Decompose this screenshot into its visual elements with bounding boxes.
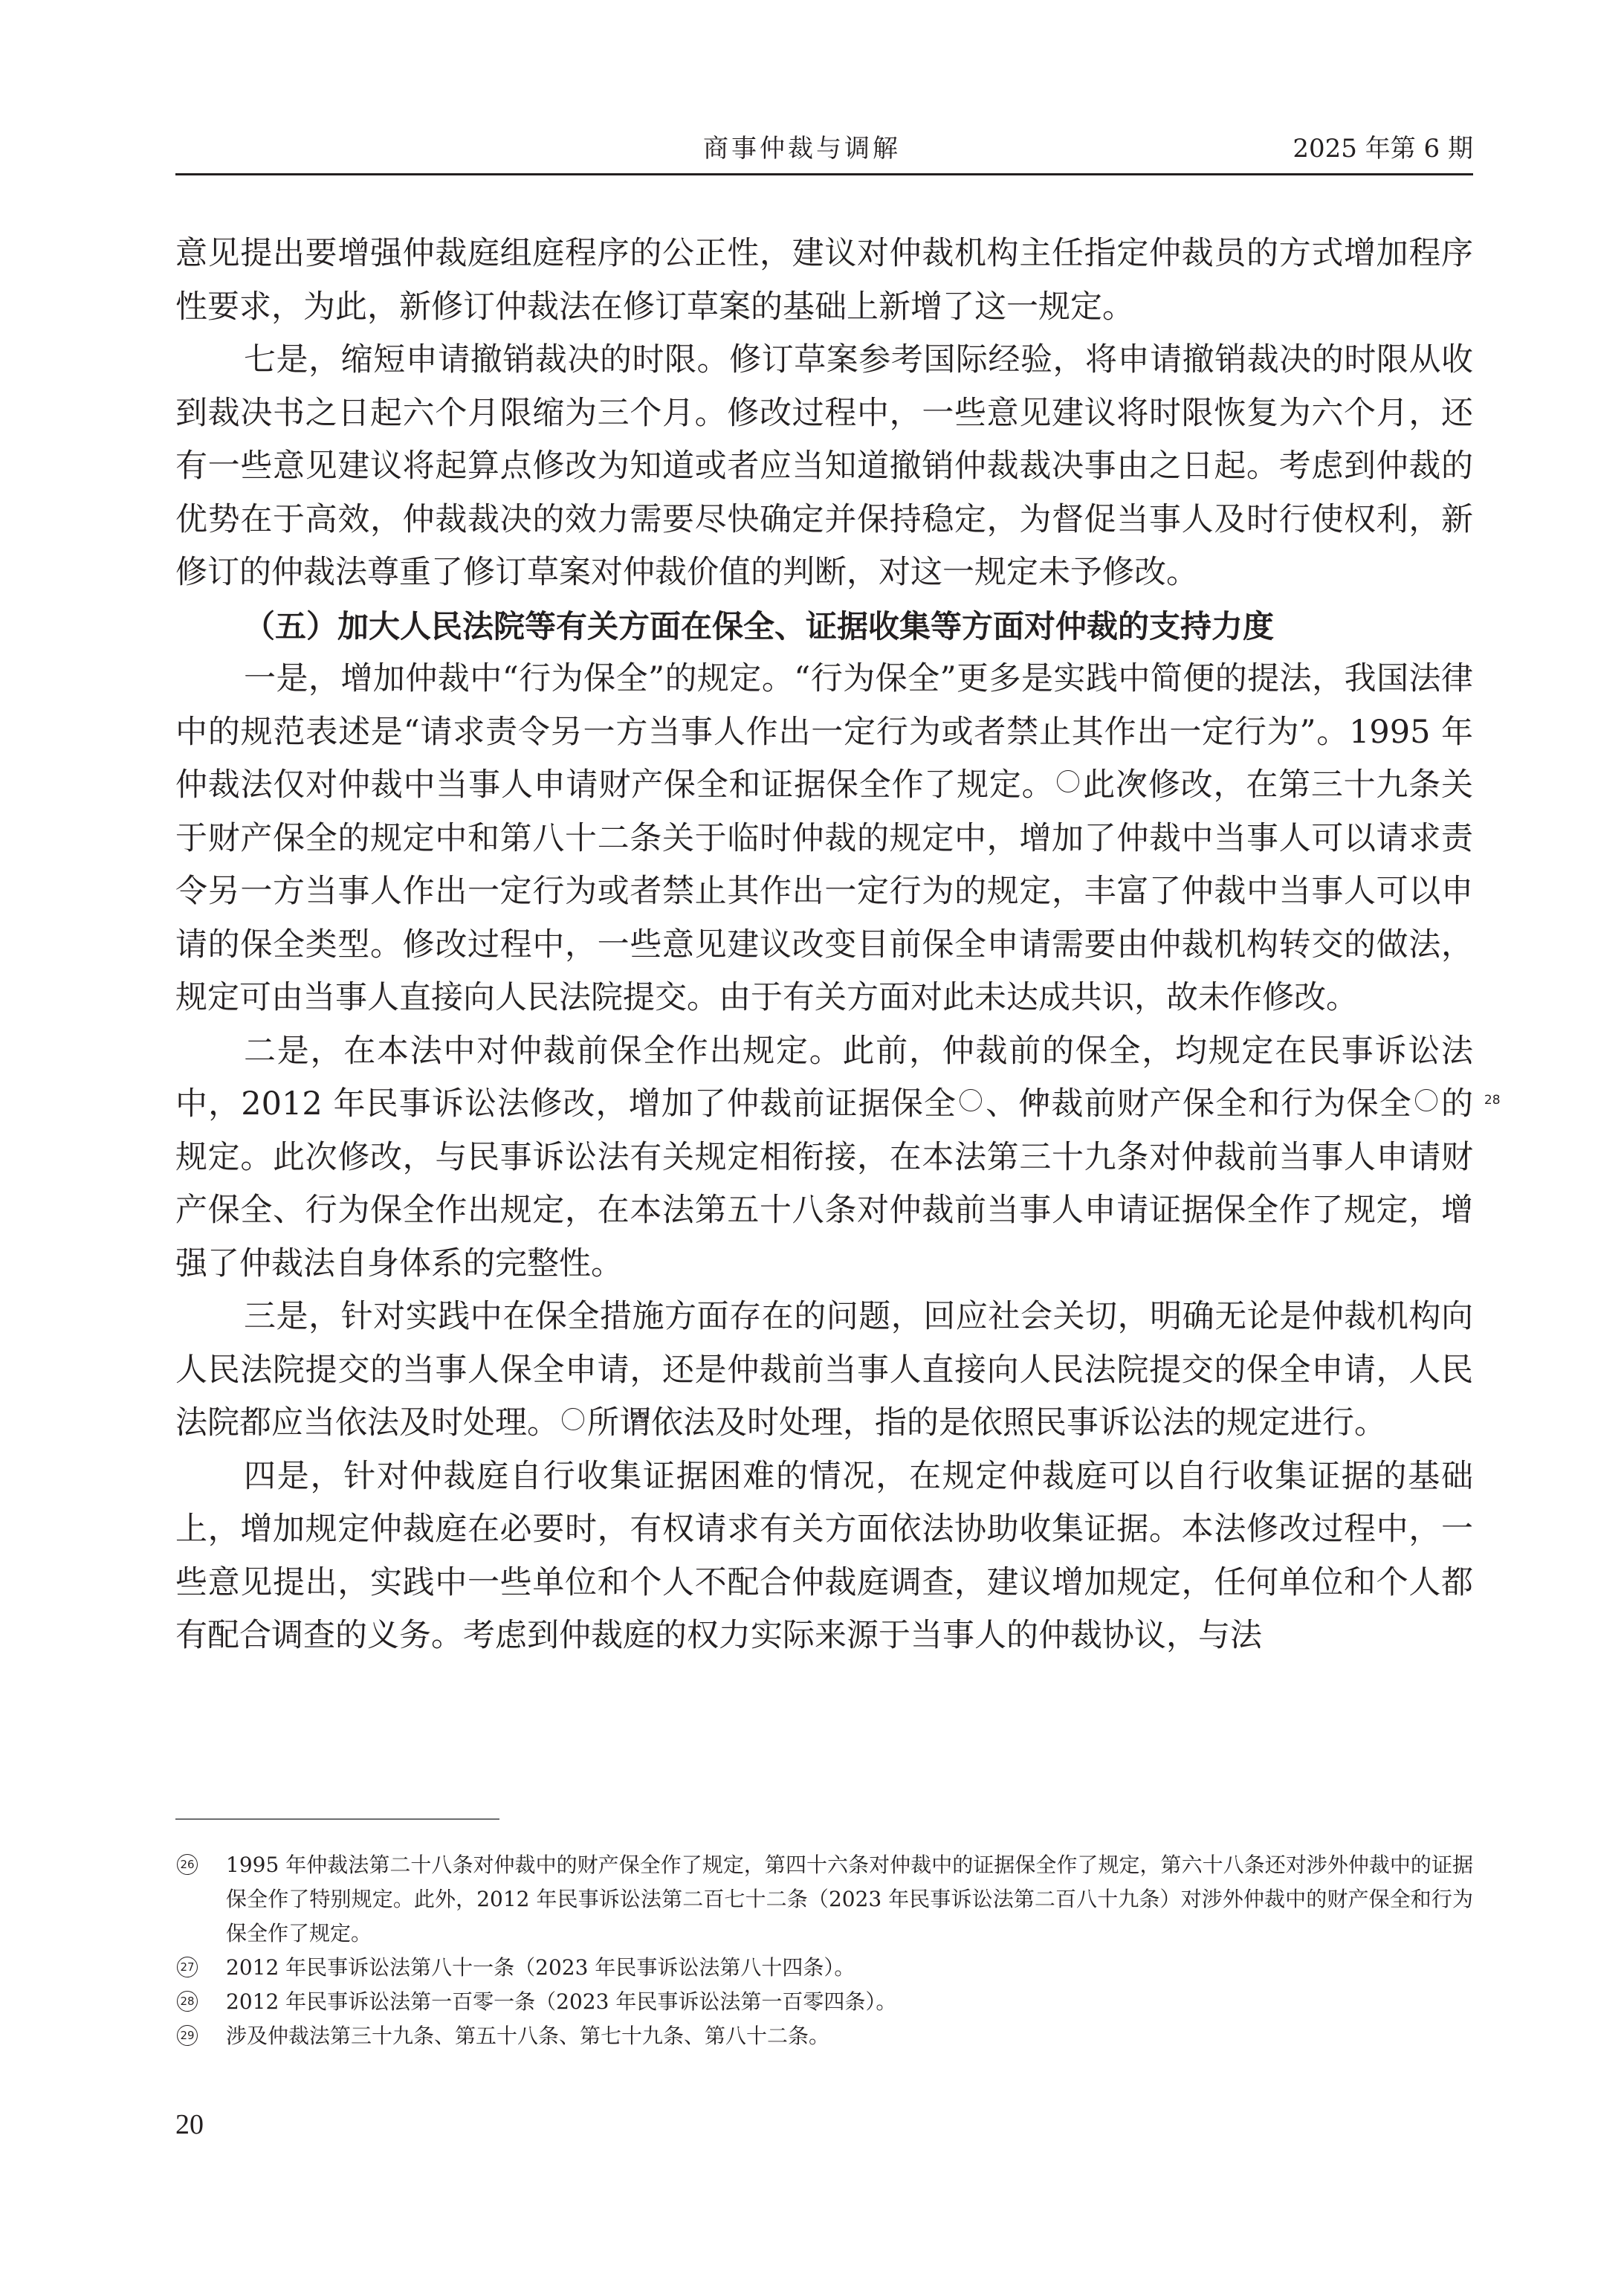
footnote-number: 28 xyxy=(177,1991,198,2012)
paragraph-three: 三是，针对实践中在保全措施方面存在的问题，回应社会关切，明确无论是仲裁机构向人民… xyxy=(175,1291,1473,1450)
page-number: 20 xyxy=(175,2108,204,2141)
paragraph-seven: 七是，缩短申请撤销裁决的时限。修订草案参考国际经验，将申请撤销裁决的时限从收到裁… xyxy=(175,334,1473,600)
header-rule xyxy=(175,173,1473,175)
paragraph-text: 此次修改，在第三十九条关于财产保全的规定中和第八十二条关于临时仲裁的规定中，增加… xyxy=(175,766,1473,1016)
footnote-ref-27[interactable]: 27 xyxy=(960,1089,982,1111)
footnote-28: 28 2012 年民事诉讼法第一百零一条（2023 年民事诉讼法第一百零四条）。 xyxy=(175,1985,1473,2019)
body-text: 意见提出要增强仲裁庭组庭程序的公正性，建议对仲裁机构主任指定仲裁员的方式增加程序… xyxy=(175,227,1473,1663)
footnote-number: 27 xyxy=(177,1957,198,1977)
running-header: 商事仲裁与调解 2025 年第 6 期 xyxy=(175,128,1473,165)
footnote-27: 27 2012 年民事诉讼法第八十一条（2023 年民事诉讼法第八十四条）。 xyxy=(175,1951,1473,1985)
footnote-text: 2012 年民事诉讼法第八十一条（2023 年民事诉讼法第八十四条）。 xyxy=(226,1955,855,1980)
footnote-29: 29 涉及仲裁法第三十九条、第五十八条、第七十九条、第八十二条。 xyxy=(175,2019,1473,2053)
paragraph-four: 四是，针对仲裁庭自行收集证据困难的情况，在规定仲裁庭可以自行收集证据的基础上，增… xyxy=(175,1450,1473,1663)
footnote-ref-28[interactable]: 28 xyxy=(1415,1089,1437,1111)
footnote-number: 29 xyxy=(177,2025,198,2046)
footnote-rule xyxy=(175,1818,499,1820)
footnote-number: 26 xyxy=(177,1854,198,1875)
footnotes: 26 1995 年仲裁法第二十八条对仲裁中的财产保全作了规定，第四十六条对仲裁中… xyxy=(175,1848,1473,2053)
footnote-ref-26[interactable]: 26 xyxy=(1057,770,1079,792)
journal-title: 商事仲裁与调解 xyxy=(703,128,901,164)
footnote-text: 1995 年仲裁法第二十八条对仲裁中的财产保全作了规定，第四十六条对仲裁中的证据… xyxy=(226,1853,1473,1945)
footnote-26: 26 1995 年仲裁法第二十八条对仲裁中的财产保全作了规定，第四十六条对仲裁中… xyxy=(175,1848,1473,1951)
footnote-text: 2012 年民事诉讼法第一百零一条（2023 年民事诉讼法第一百零四条）。 xyxy=(226,1989,896,2014)
paragraph-one: 一是，增加仲裁中“行为保全”的规定。“行为保全”更多是实践中简便的提法，我国法律… xyxy=(175,653,1473,1025)
paragraph-text: 、仲裁前财产保全和行为保全 xyxy=(985,1085,1412,1123)
footnote-text: 涉及仲裁法第三十九条、第五十八条、第七十九条、第八十二条。 xyxy=(226,2024,829,2048)
issue-label: 2025 年第 6 期 xyxy=(1293,128,1473,164)
paragraph-two: 二是，在本法中对仲裁前保全作出规定。此前，仲裁前的保全，均规定在民事诉讼法中，2… xyxy=(175,1025,1473,1291)
footnote-ref-29[interactable]: 29 xyxy=(562,1408,584,1430)
section-heading: （五）加大人民法院等有关方面在保全、证据收集等方面对仲裁的支持力度 xyxy=(175,600,1473,653)
paragraph-text: 所谓依法及时处理，指的是依照民事诉讼法的规定进行。 xyxy=(587,1404,1386,1441)
paragraph-continued: 意见提出要增强仲裁庭组庭程序的公正性，建议对仲裁机构主任指定仲裁员的方式增加程序… xyxy=(175,227,1473,334)
